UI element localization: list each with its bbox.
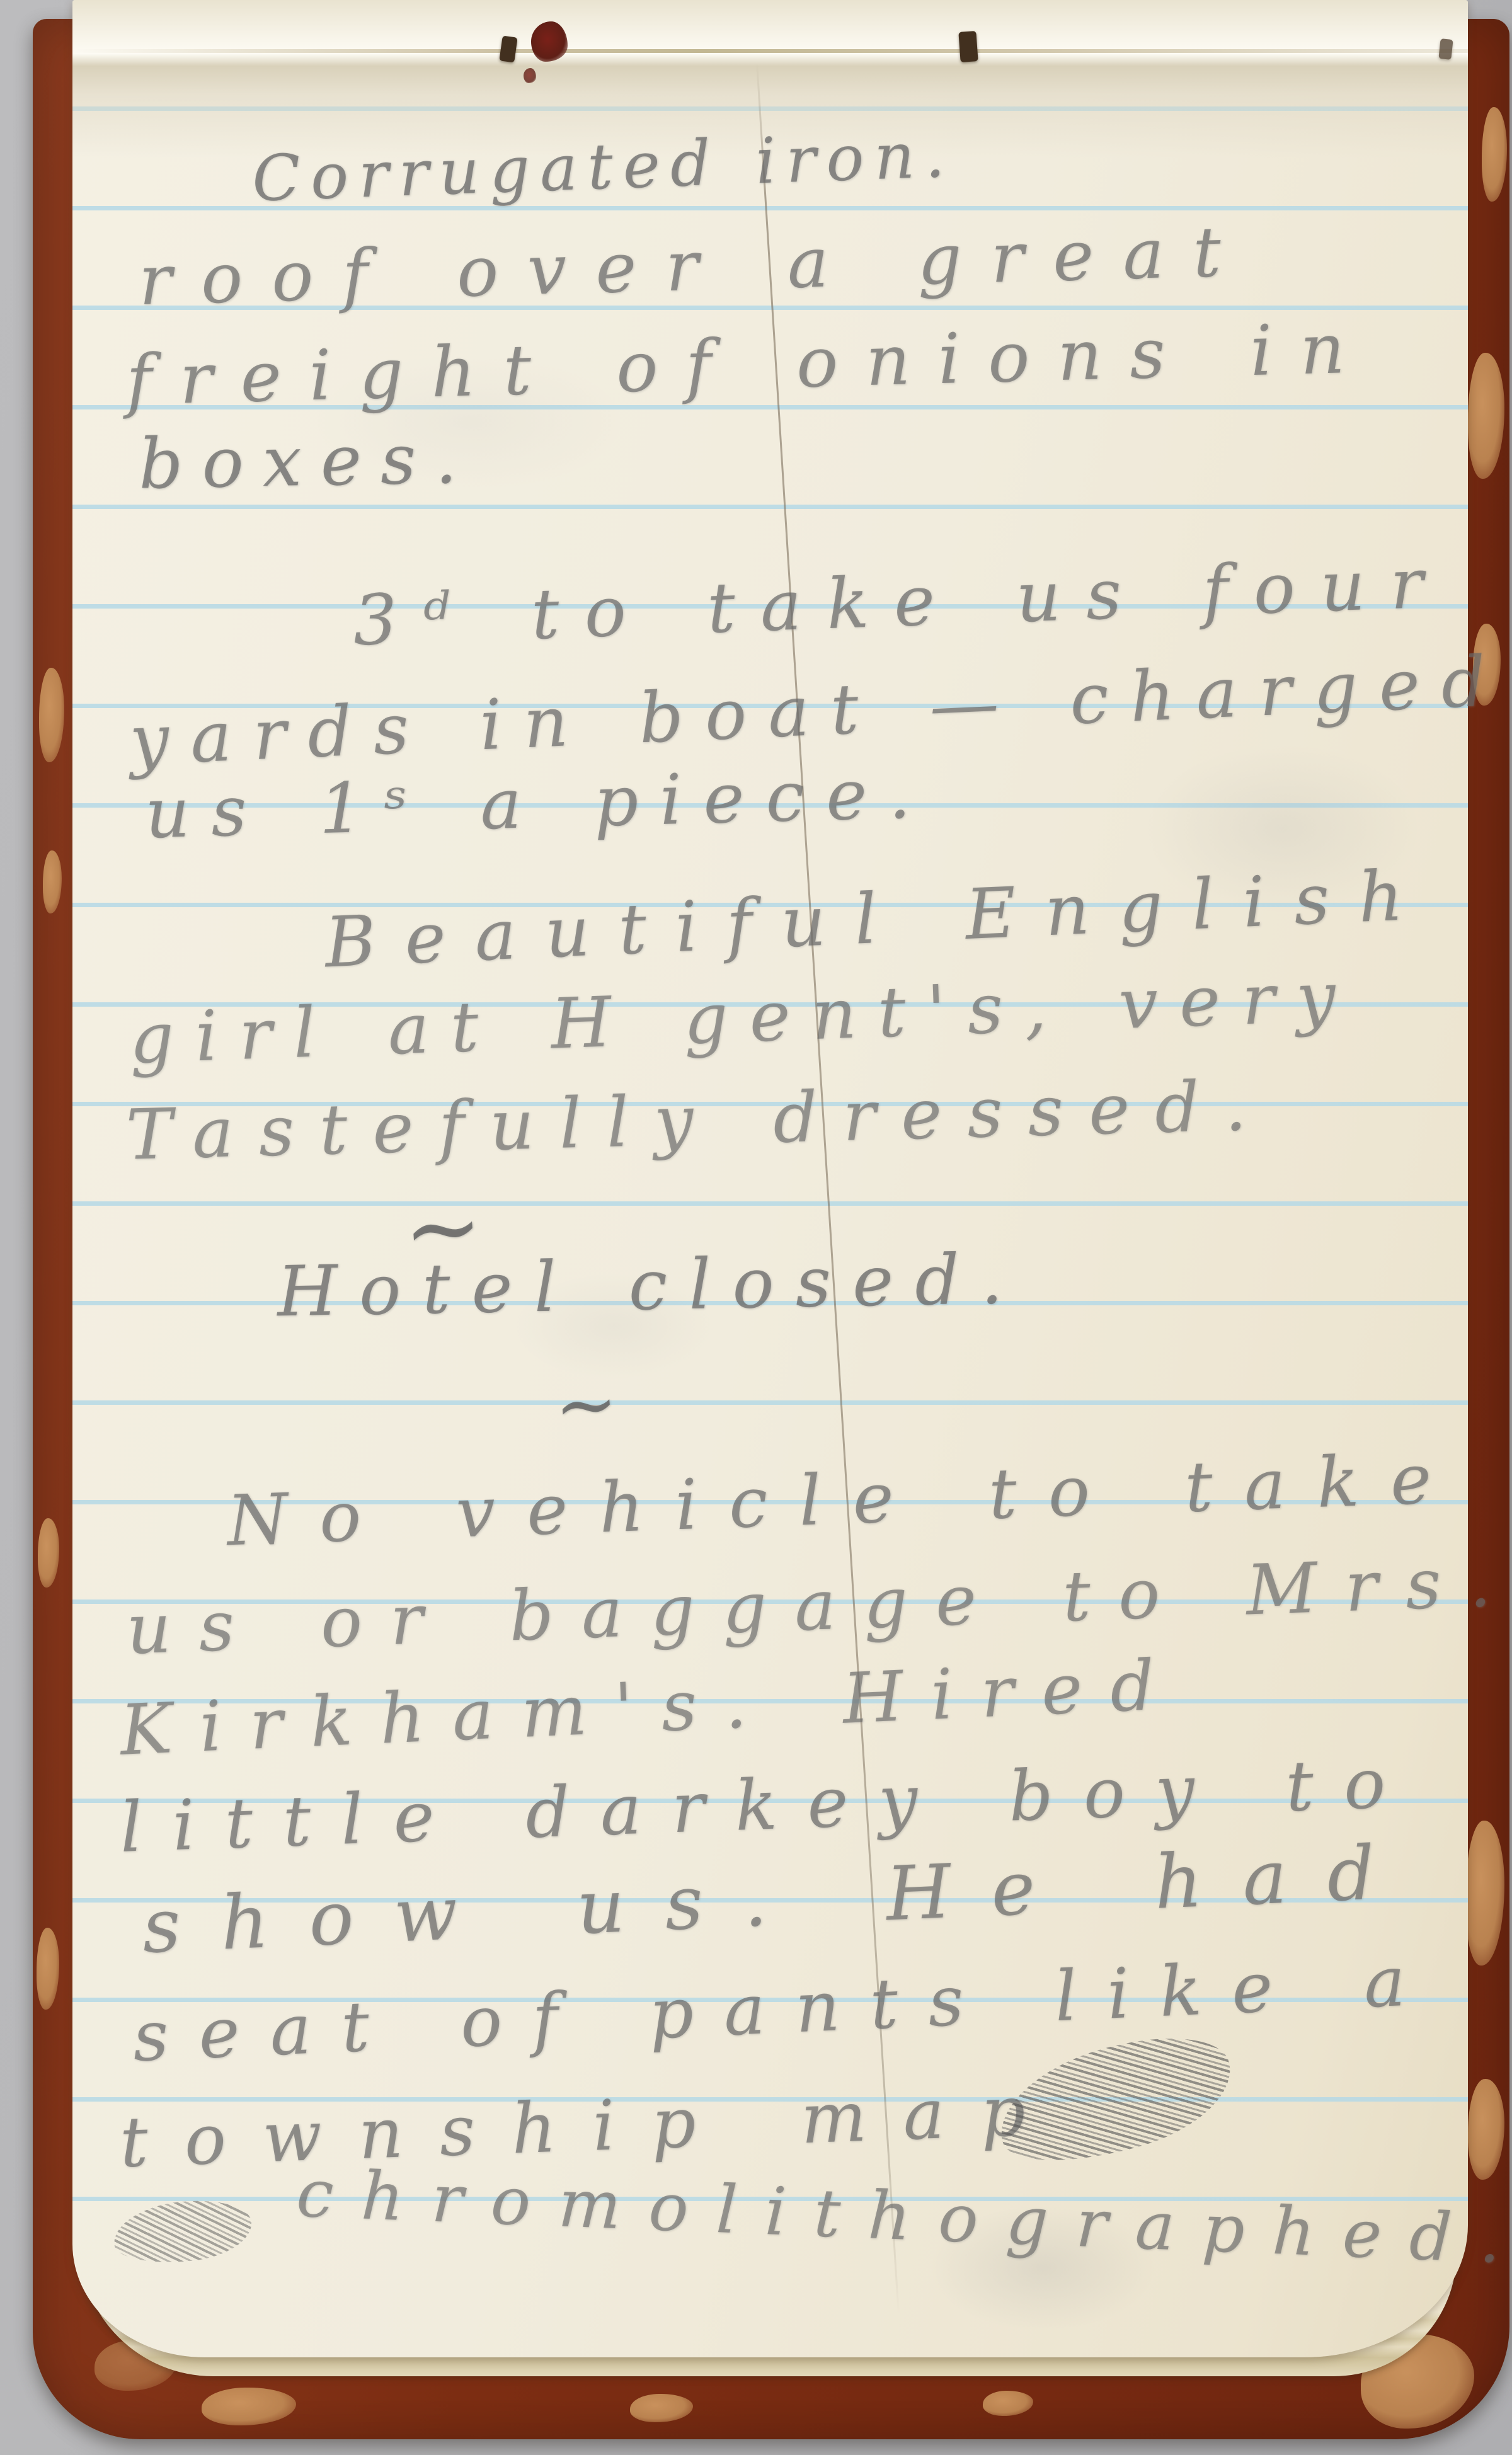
handwritten-line: Hotel closed. (277, 1241, 1024, 1331)
binding-fold-shadow (72, 49, 1468, 53)
section-divider: ∼ (552, 1362, 621, 1450)
binding-stitch (1438, 38, 1453, 60)
binding-stitch (958, 31, 978, 62)
red-stain (524, 68, 536, 83)
red-stain (531, 21, 568, 62)
handwritten-line: boxes. (138, 420, 476, 502)
notebook-scan: { "document": { "kind": "Scanned handwri… (0, 0, 1512, 2455)
